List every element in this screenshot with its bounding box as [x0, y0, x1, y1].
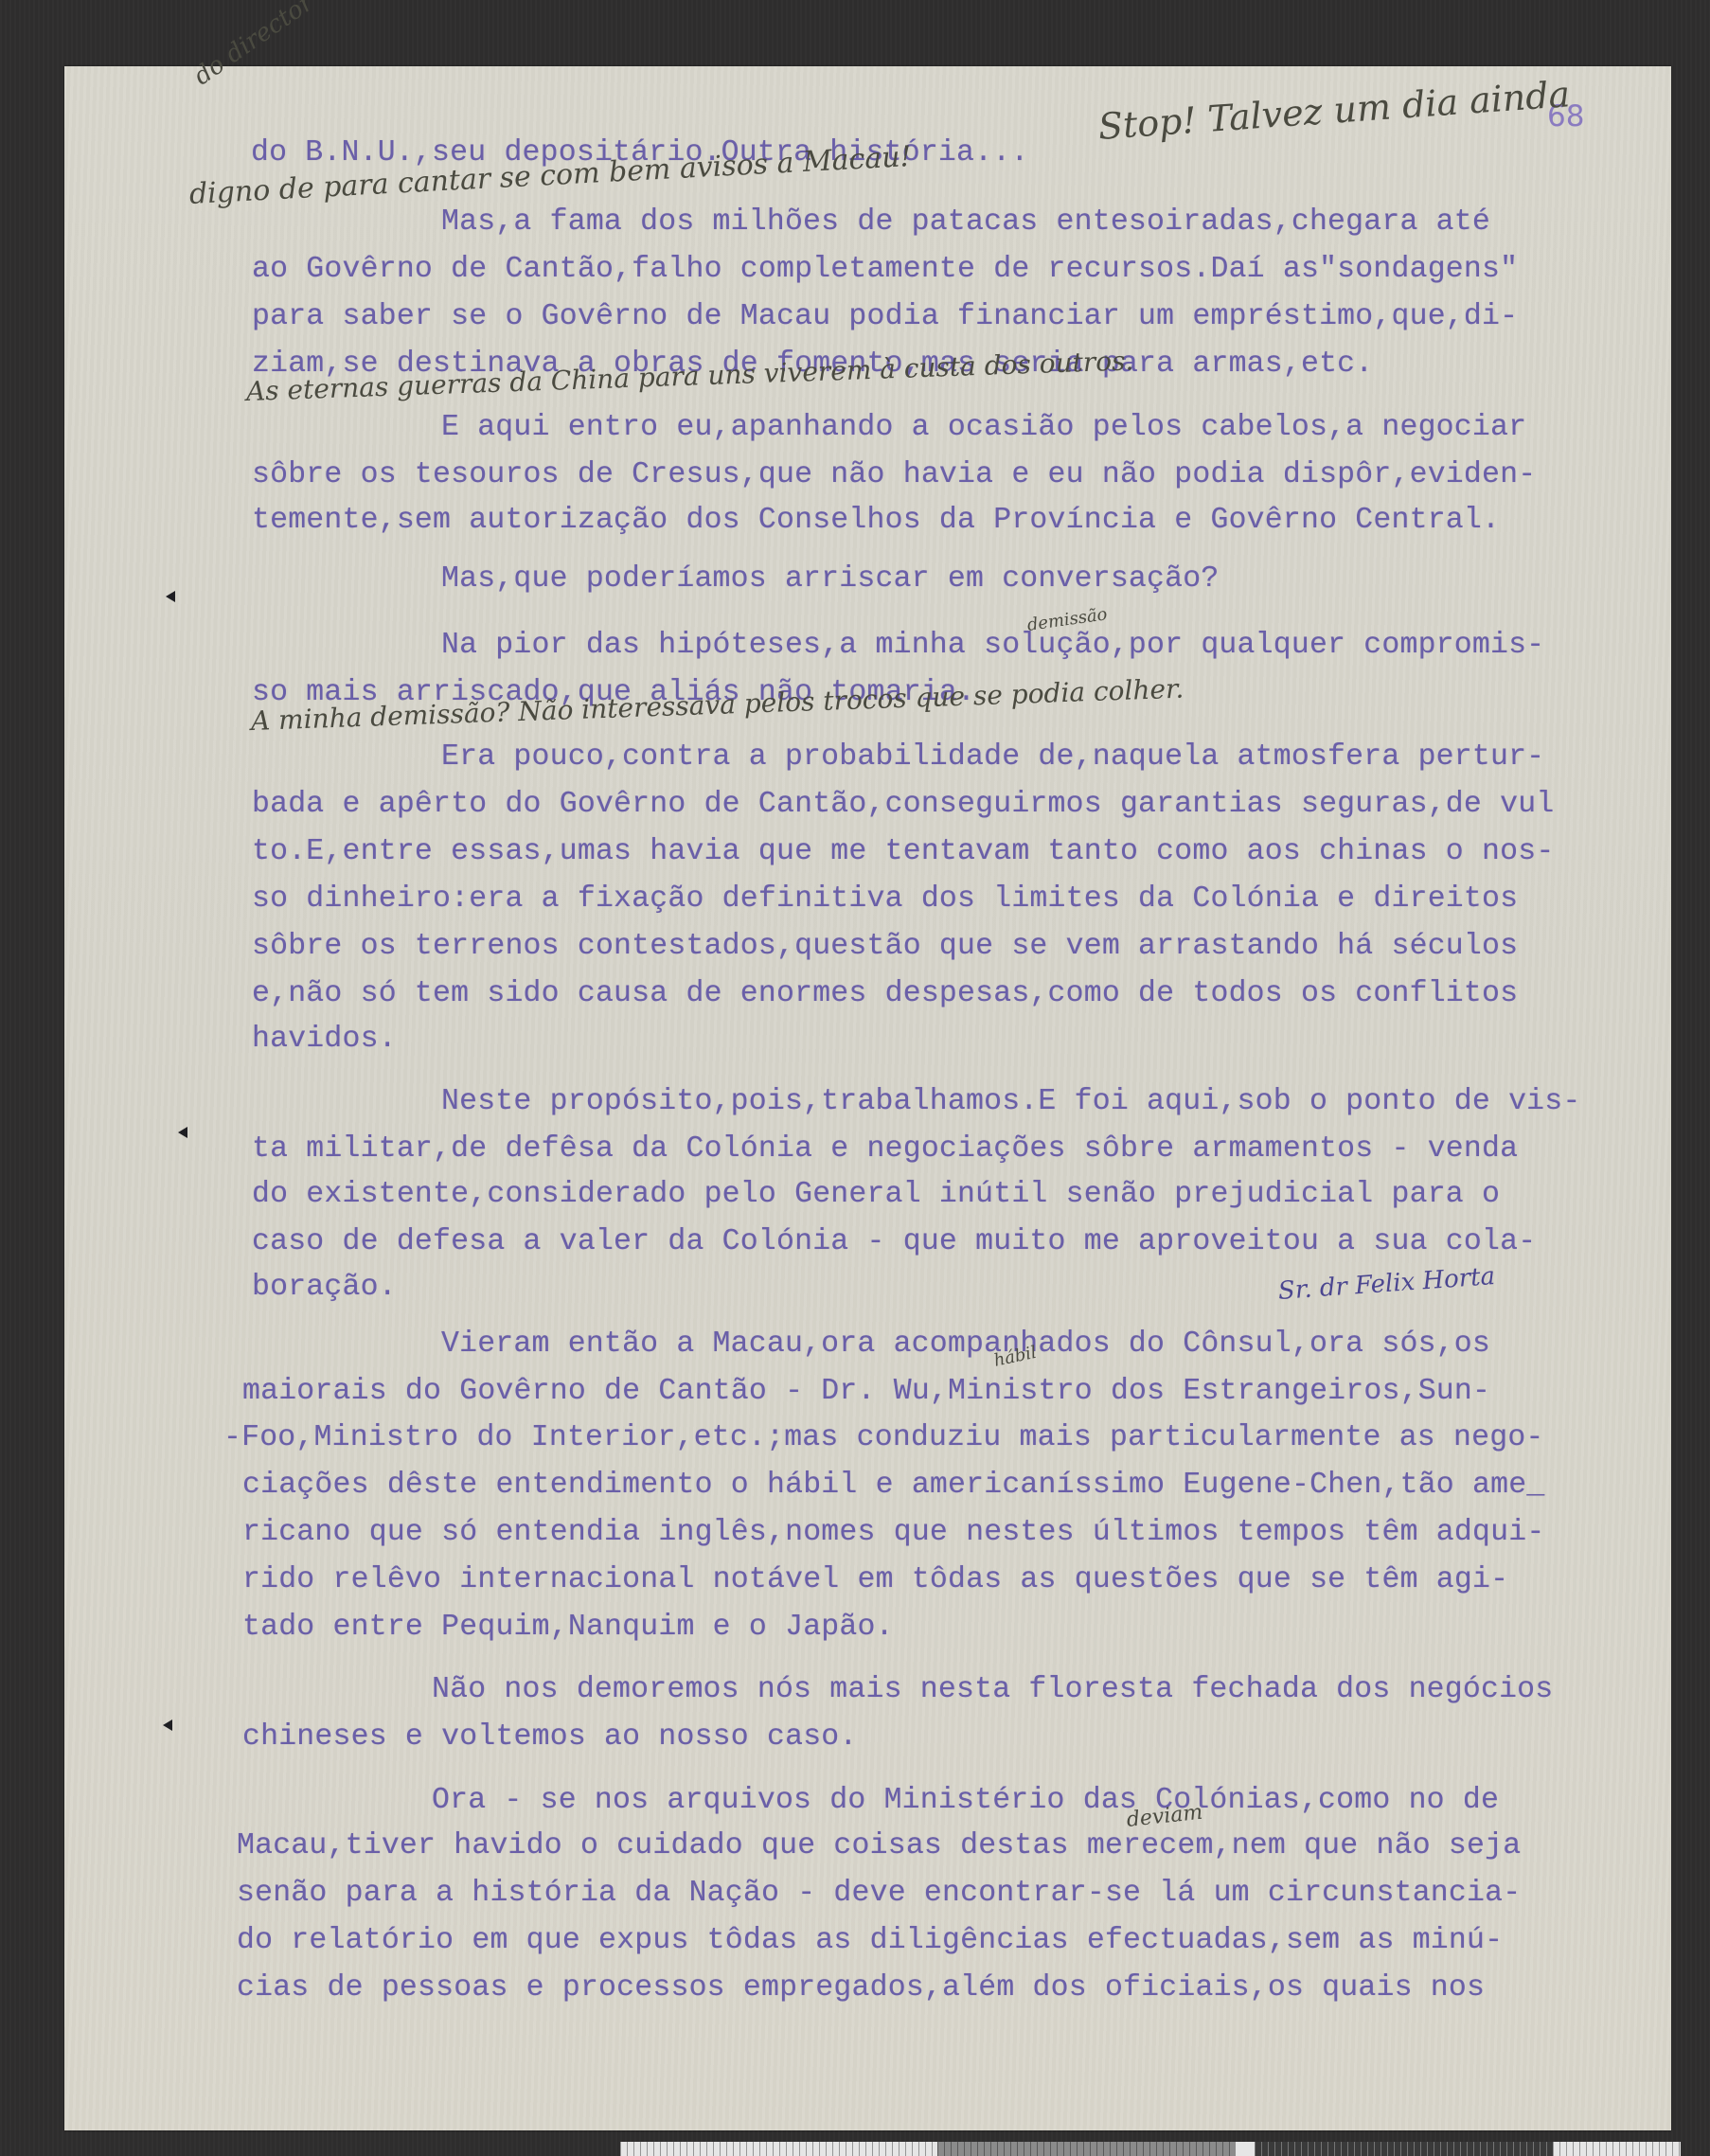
ruler-segment-dark [1255, 2142, 1553, 2156]
typed-line: do existente,considerado pelo General in… [252, 1178, 1500, 1211]
typed-line: e,não só tem sido causa de enormes despe… [252, 977, 1518, 1010]
typed-line: cias de pessoas e processos empregados,a… [237, 1971, 1485, 2005]
typed-line: Mas,a fama dos milhões de patacas enteso… [441, 205, 1490, 239]
typed-line: Na pior das hipóteses,a minha solução,po… [441, 629, 1544, 662]
typed-line: ao Govêrno de Cantão,falho completamente… [252, 253, 1518, 286]
typed-line: to.E,entre essas,umas havia que me tenta… [252, 835, 1554, 868]
ruler-segment-white [1236, 2142, 1255, 2156]
color-scale-ruler [620, 2142, 1681, 2156]
margin-arrow-icon [163, 1719, 172, 1731]
typed-line: bada e apêrto do Govêrno de Cantão,conse… [252, 788, 1554, 821]
typed-line: ricano que só entendia inglês,nomes que … [242, 1516, 1544, 1549]
typed-line: boração. [252, 1271, 397, 1304]
typed-line: Era pouco,contra a probabilidade de,naqu… [441, 740, 1544, 774]
typed-line: rido relêvo internacional notável em tôd… [242, 1563, 1508, 1596]
ruler-segment-gray [937, 2142, 1236, 2156]
typed-line: tado entre Pequim,Nanquim e o Japão. [242, 1611, 894, 1644]
typed-line: do relatório em que expus tôdas as dilig… [237, 1924, 1503, 1957]
typed-line: -Foo,Ministro do Interior,etc.;mas condu… [223, 1421, 1544, 1454]
typed-line: senão para a história da Nação - deve en… [237, 1877, 1521, 1910]
margin-arrow-icon [178, 1127, 187, 1138]
typed-line: sôbre os terrenos contestados,questão qu… [252, 930, 1518, 963]
typed-line: havidos. [252, 1023, 397, 1056]
ruler-segment-white [620, 2142, 937, 2156]
typed-line: caso de defesa a valer da Colónia - que … [252, 1225, 1536, 1258]
margin-arrow-icon [166, 591, 175, 602]
ruler-segment-white [1553, 2142, 1681, 2156]
typed-line: temente,sem autorização dos Conselhos da… [252, 504, 1500, 537]
typed-line: so dinheiro:era a fixação definitiva dos… [252, 882, 1518, 916]
typed-line: Não nos demoremos nós mais nesta florest… [432, 1673, 1553, 1706]
typed-line: para saber se o Govêrno de Macau podia f… [252, 300, 1518, 333]
typed-line: sôbre os tesouros de Cresus,que não havi… [252, 458, 1536, 491]
typed-line: maiorais do Govêrno de Cantão - Dr. Wu,M… [242, 1375, 1490, 1408]
typed-line: Ora - se nos arquivos do Ministério das … [432, 1784, 1499, 1817]
typed-line: chineses e voltemos ao nosso caso. [242, 1720, 858, 1754]
typed-line: E aqui entro eu,apanhando a ocasião pelo… [441, 411, 1526, 444]
typed-line: Macau,tiver havido o cuidado que coisas … [237, 1829, 1521, 1862]
typed-line: Vieram então a Macau,ora acompanhados do… [441, 1327, 1490, 1361]
typed-line: ta militar,de defêsa da Colónia e negoci… [252, 1132, 1518, 1166]
typed-line: Mas,que poderíamos arriscar em conversaç… [441, 562, 1219, 596]
typed-line: ciações dêste entendimento o hábil e ame… [242, 1469, 1544, 1502]
typed-line: Neste propósito,pois,trabalhamos.E foi a… [441, 1085, 1581, 1118]
